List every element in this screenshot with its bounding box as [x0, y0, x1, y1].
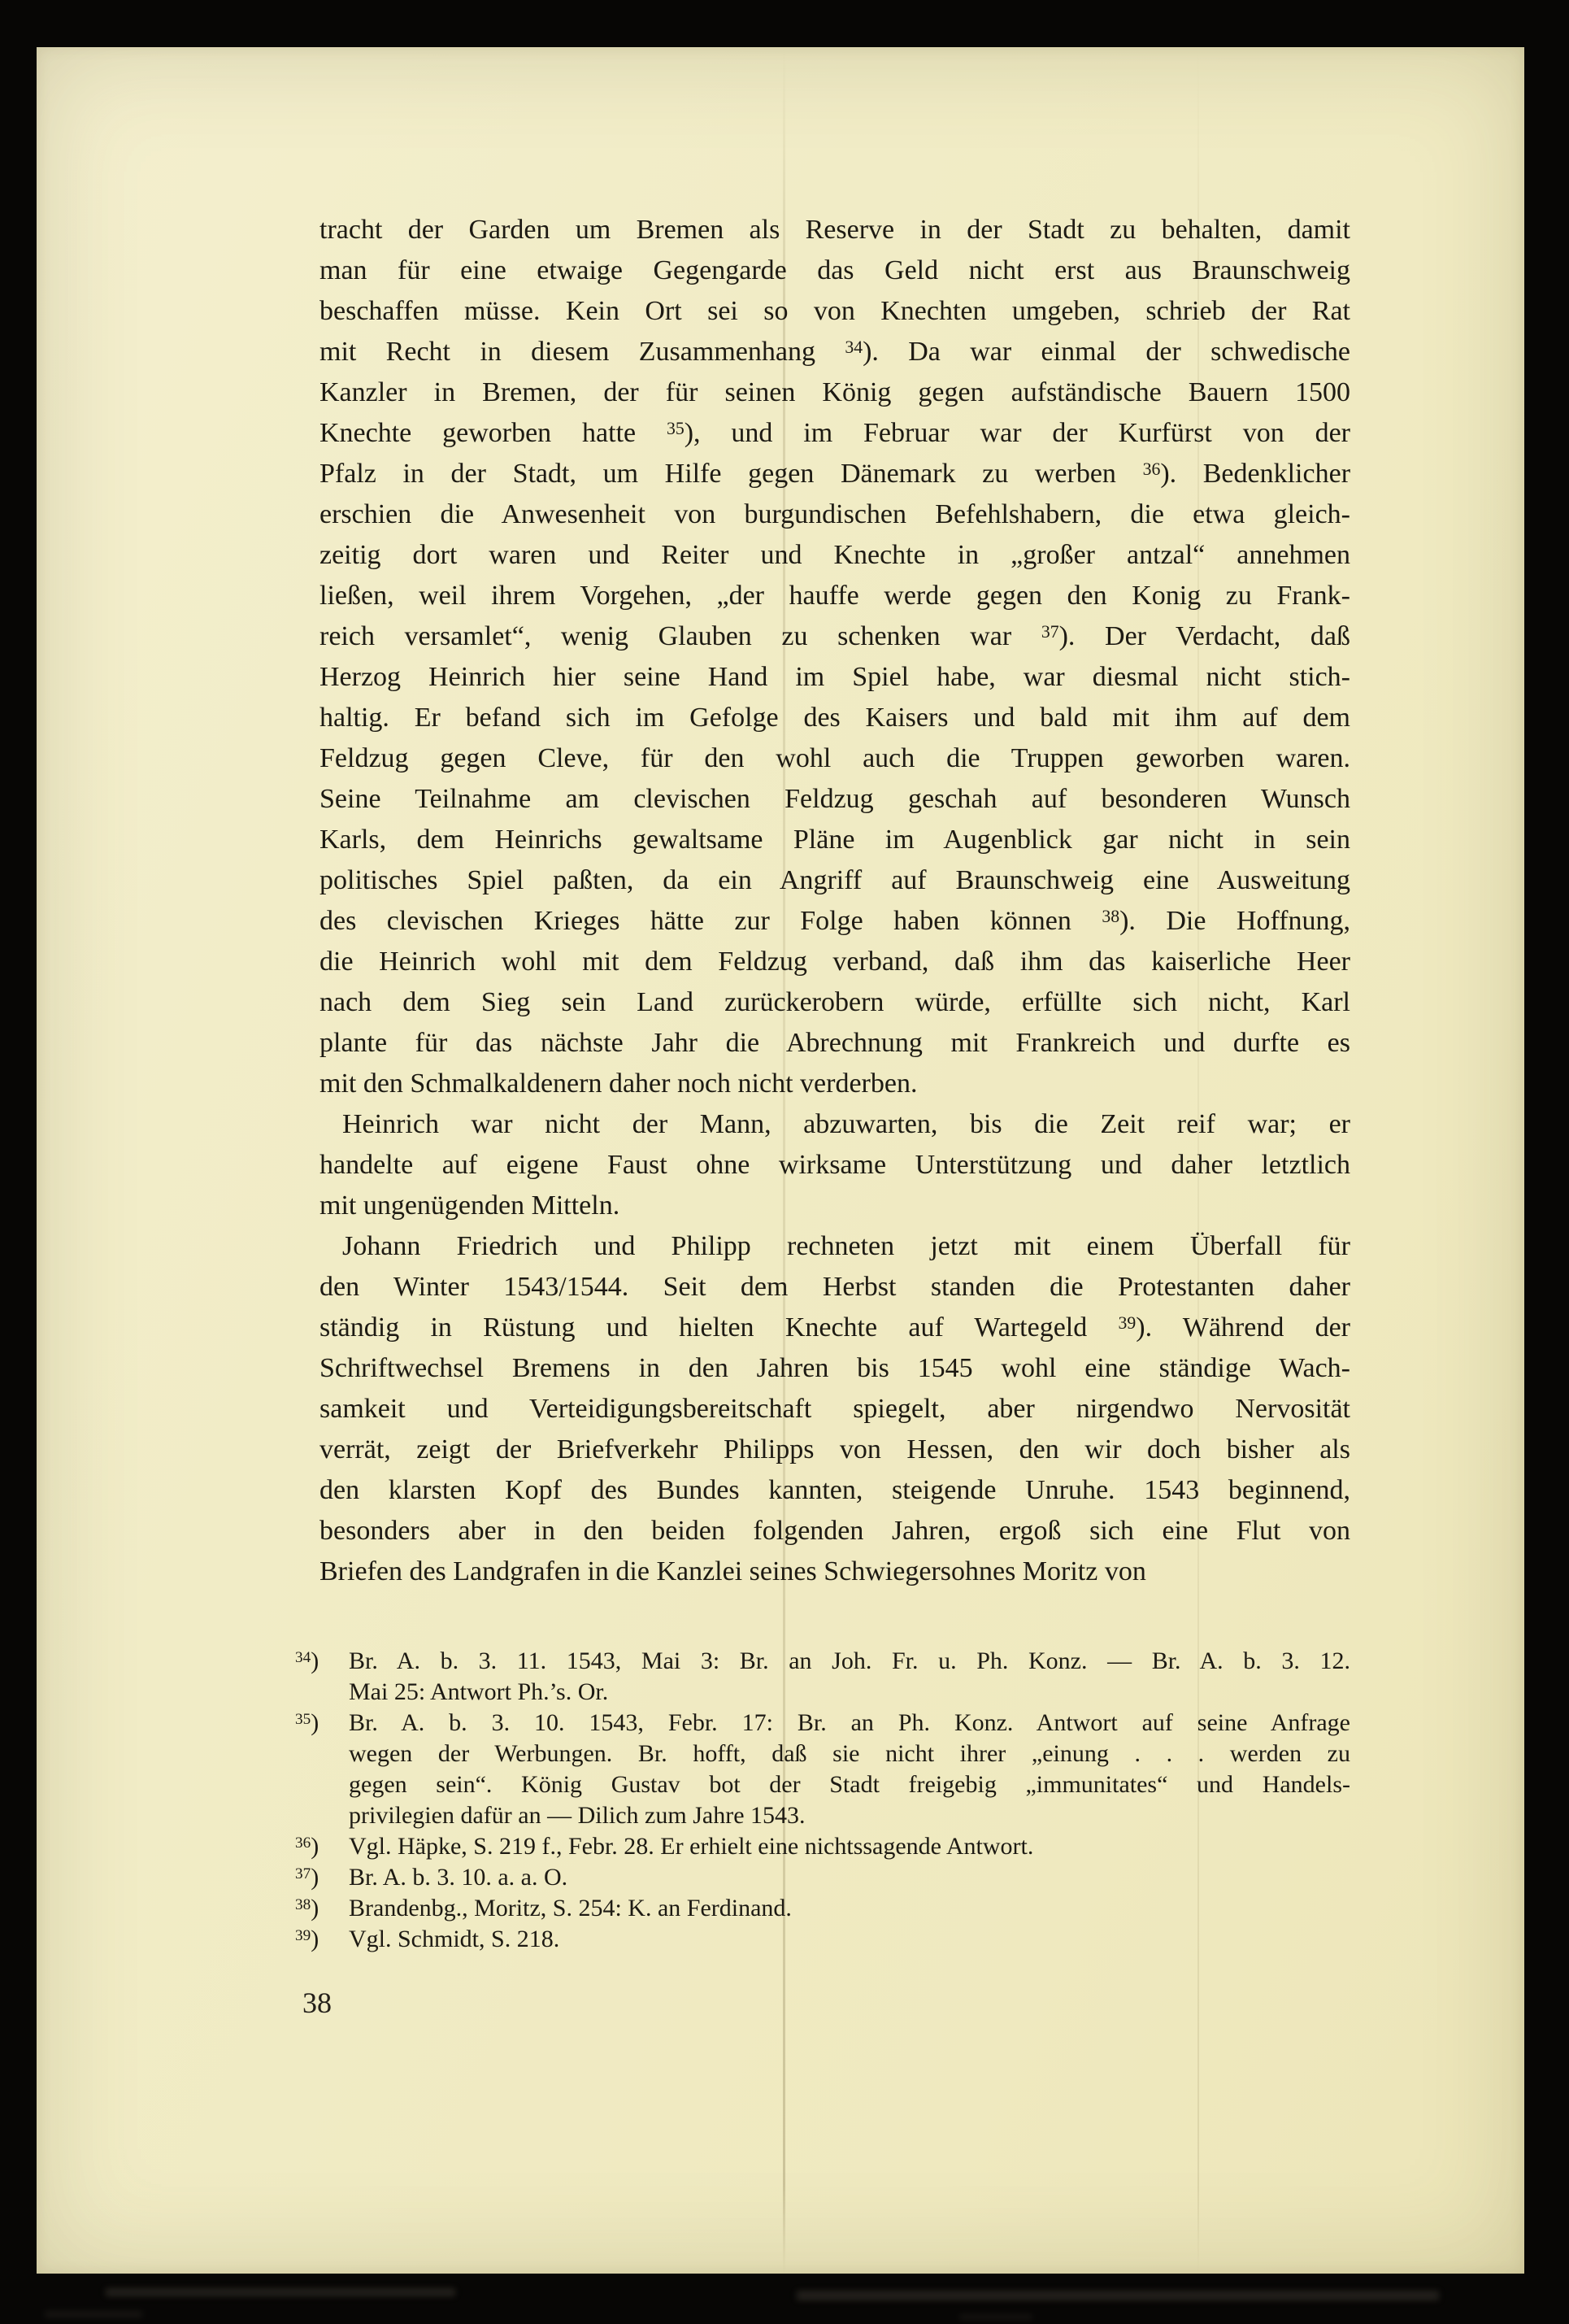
- text-line: ließen, weil ihrem Vorgehen, „der hauffe…: [319, 576, 1350, 616]
- text-line: des clevischen Krieges hätte zur Folge h…: [319, 901, 1350, 942]
- text-line: mit Recht in diesem Zusammenhang 34). Da…: [319, 332, 1350, 372]
- text-line: Pfalz in der Stadt, um Hilfe gegen Dänem…: [319, 454, 1350, 494]
- text-line: tracht der Garden um Bremen als Reserve …: [319, 210, 1350, 250]
- paragraph: Heinrich war nicht der Mann, abzuwarten,…: [319, 1104, 1350, 1226]
- text-line: Br. A. b. 3. 10. a. a. O.: [349, 1862, 1350, 1893]
- footnote-entry: 39) Vgl. Schmidt, S. 218.: [295, 1924, 1350, 1955]
- text-line: beschaffen müsse. Kein Ort sei so von Kn…: [319, 291, 1350, 332]
- footnotes-section: 34) Br. A. b. 3. 11. 1543, Mai 3: Br. an…: [295, 1646, 1350, 1955]
- text-line: politisches Spiel paßten, da ein Angriff…: [319, 860, 1350, 901]
- text-line: ständig in Rüstung und hielten Knechte a…: [319, 1308, 1350, 1348]
- footnote-entry: 38) Brandenbg., Moritz, S. 254: K. an Fe…: [295, 1893, 1350, 1924]
- text-line: samkeit und Verteidigungsbereitschaft sp…: [319, 1389, 1350, 1430]
- text-line: den klarsten Kopf des Bundes kannten, st…: [319, 1470, 1350, 1511]
- footnote-lines: Br. A. b. 3. 11. 1543, Mai 3: Br. an Joh…: [349, 1646, 1350, 1708]
- body-text: tracht der Garden um Bremen als Reserve …: [319, 210, 1350, 1592]
- paper-page: tracht der Garden um Bremen als Reserve …: [37, 47, 1524, 2274]
- footnote-marker: 38): [295, 1893, 344, 1927]
- text-line: nach dem Sieg sein Land zurückerobern wü…: [319, 982, 1350, 1023]
- footnote-marker: 34): [295, 1646, 344, 1680]
- footnote-lines: Vgl. Schmidt, S. 218.: [349, 1924, 1350, 1955]
- text-line: Seine Teilnahme am clevischen Feldzug ge…: [319, 779, 1350, 820]
- text-line: erschien die Anwesenheit von burgundisch…: [319, 494, 1350, 535]
- text-line: Br. A. b. 3. 11. 1543, Mai 3: Br. an Joh…: [349, 1646, 1350, 1677]
- text-line: haltig. Er befand sich im Gefolge des Ka…: [319, 698, 1350, 738]
- footnote-marker: 36): [295, 1831, 344, 1865]
- footnote-entry: 36) Vgl. Häpke, S. 219 f., Febr. 28. Er …: [295, 1831, 1350, 1862]
- page-number: 38: [302, 1986, 332, 2020]
- text-line: Mai 25: Antwort Ph.’s. Or.: [349, 1677, 1350, 1708]
- text-line: mit ungenügenden Mitteln.: [319, 1186, 1350, 1226]
- text-line: man für eine etwaige Gegengarde das Geld…: [319, 250, 1350, 291]
- footnote-lines: Br. A. b. 3. 10. a. a. O.: [349, 1862, 1350, 1893]
- paragraph: Johann Friedrich und Philipp rechneten j…: [319, 1226, 1350, 1592]
- text-line: verrät, zeigt der Briefverkehr Philipps …: [319, 1430, 1350, 1470]
- text-line: zeitig dort waren und Reiter und Knechte…: [319, 535, 1350, 576]
- text-line: gegen sein“. König Gustav bot der Stadt …: [349, 1769, 1350, 1800]
- scan-smudge: [106, 2288, 455, 2296]
- text-line: plante für das nächste Jahr die Abrechnu…: [319, 1023, 1350, 1064]
- text-line: wegen der Werbungen. Br. hofft, daß sie …: [349, 1739, 1350, 1769]
- text-line: Kanzler in Bremen, der für seinen König …: [319, 372, 1350, 413]
- scan-smudge: [797, 2291, 1439, 2300]
- footnote-lines: Vgl. Häpke, S. 219 f., Febr. 28. Er erhi…: [349, 1831, 1350, 1862]
- text-line: Br. A. b. 3. 10. 1543, Febr. 17: Br. an …: [349, 1708, 1350, 1739]
- text-line: besonders aber in den beiden folgenden J…: [319, 1511, 1350, 1552]
- paragraph: tracht der Garden um Bremen als Reserve …: [319, 210, 1350, 1104]
- footnote-lines: Br. A. b. 3. 10. 1543, Febr. 17: Br. an …: [349, 1708, 1350, 1831]
- text-line: Karls, dem Heinrichs gewaltsame Pläne im…: [319, 820, 1350, 860]
- text-line: reich versamlet“, wenig Glauben zu schen…: [319, 616, 1350, 657]
- footnote-entry: 34) Br. A. b. 3. 11. 1543, Mai 3: Br. an…: [295, 1646, 1350, 1708]
- scanned-book-page: tracht der Garden um Bremen als Reserve …: [0, 0, 1569, 2324]
- text-line: mit den Schmalkaldenern daher noch nicht…: [319, 1064, 1350, 1104]
- text-line: Johann Friedrich und Philipp rechneten j…: [319, 1226, 1350, 1267]
- text-line: privilegien dafür an — Dilich zum Jahre …: [349, 1800, 1350, 1831]
- text-line: die Heinrich wohl mit dem Feldzug verban…: [319, 942, 1350, 982]
- text-line: handelte auf eigene Faust ohne wirksame …: [319, 1145, 1350, 1186]
- text-line: Vgl. Häpke, S. 219 f., Febr. 28. Er erhi…: [349, 1831, 1350, 1862]
- footnote-marker: 39): [295, 1924, 344, 1958]
- text-line: Herzog Heinrich hier seine Hand im Spiel…: [319, 657, 1350, 698]
- text-line: Schriftwechsel Bremens in den Jahren bis…: [319, 1348, 1350, 1389]
- text-line: Knechte geworben hatte 35), und im Febru…: [319, 413, 1350, 454]
- footnote-entry: 35) Br. A. b. 3. 10. 1543, Febr. 17: Br.…: [295, 1708, 1350, 1831]
- text-line: Brandenbg., Moritz, S. 254: K. an Ferdin…: [349, 1893, 1350, 1924]
- text-line: Feldzug gegen Cleve, für den wohl auch d…: [319, 738, 1350, 779]
- footnote-entry: 37) Br. A. b. 3. 10. a. a. O.: [295, 1862, 1350, 1893]
- scan-smudge: [45, 2311, 142, 2317]
- footnote-marker: 35): [295, 1708, 344, 1742]
- footnote-lines: Brandenbg., Moritz, S. 254: K. an Ferdin…: [349, 1893, 1350, 1924]
- scan-smudge: [959, 2314, 1032, 2320]
- text-line: den Winter 1543/1544. Seit dem Herbst st…: [319, 1267, 1350, 1308]
- text-line: Heinrich war nicht der Mann, abzuwarten,…: [319, 1104, 1350, 1145]
- text-line: Vgl. Schmidt, S. 218.: [349, 1924, 1350, 1955]
- footnote-marker: 37): [295, 1862, 344, 1896]
- text-line: Briefen des Landgrafen in die Kanzlei se…: [319, 1552, 1350, 1592]
